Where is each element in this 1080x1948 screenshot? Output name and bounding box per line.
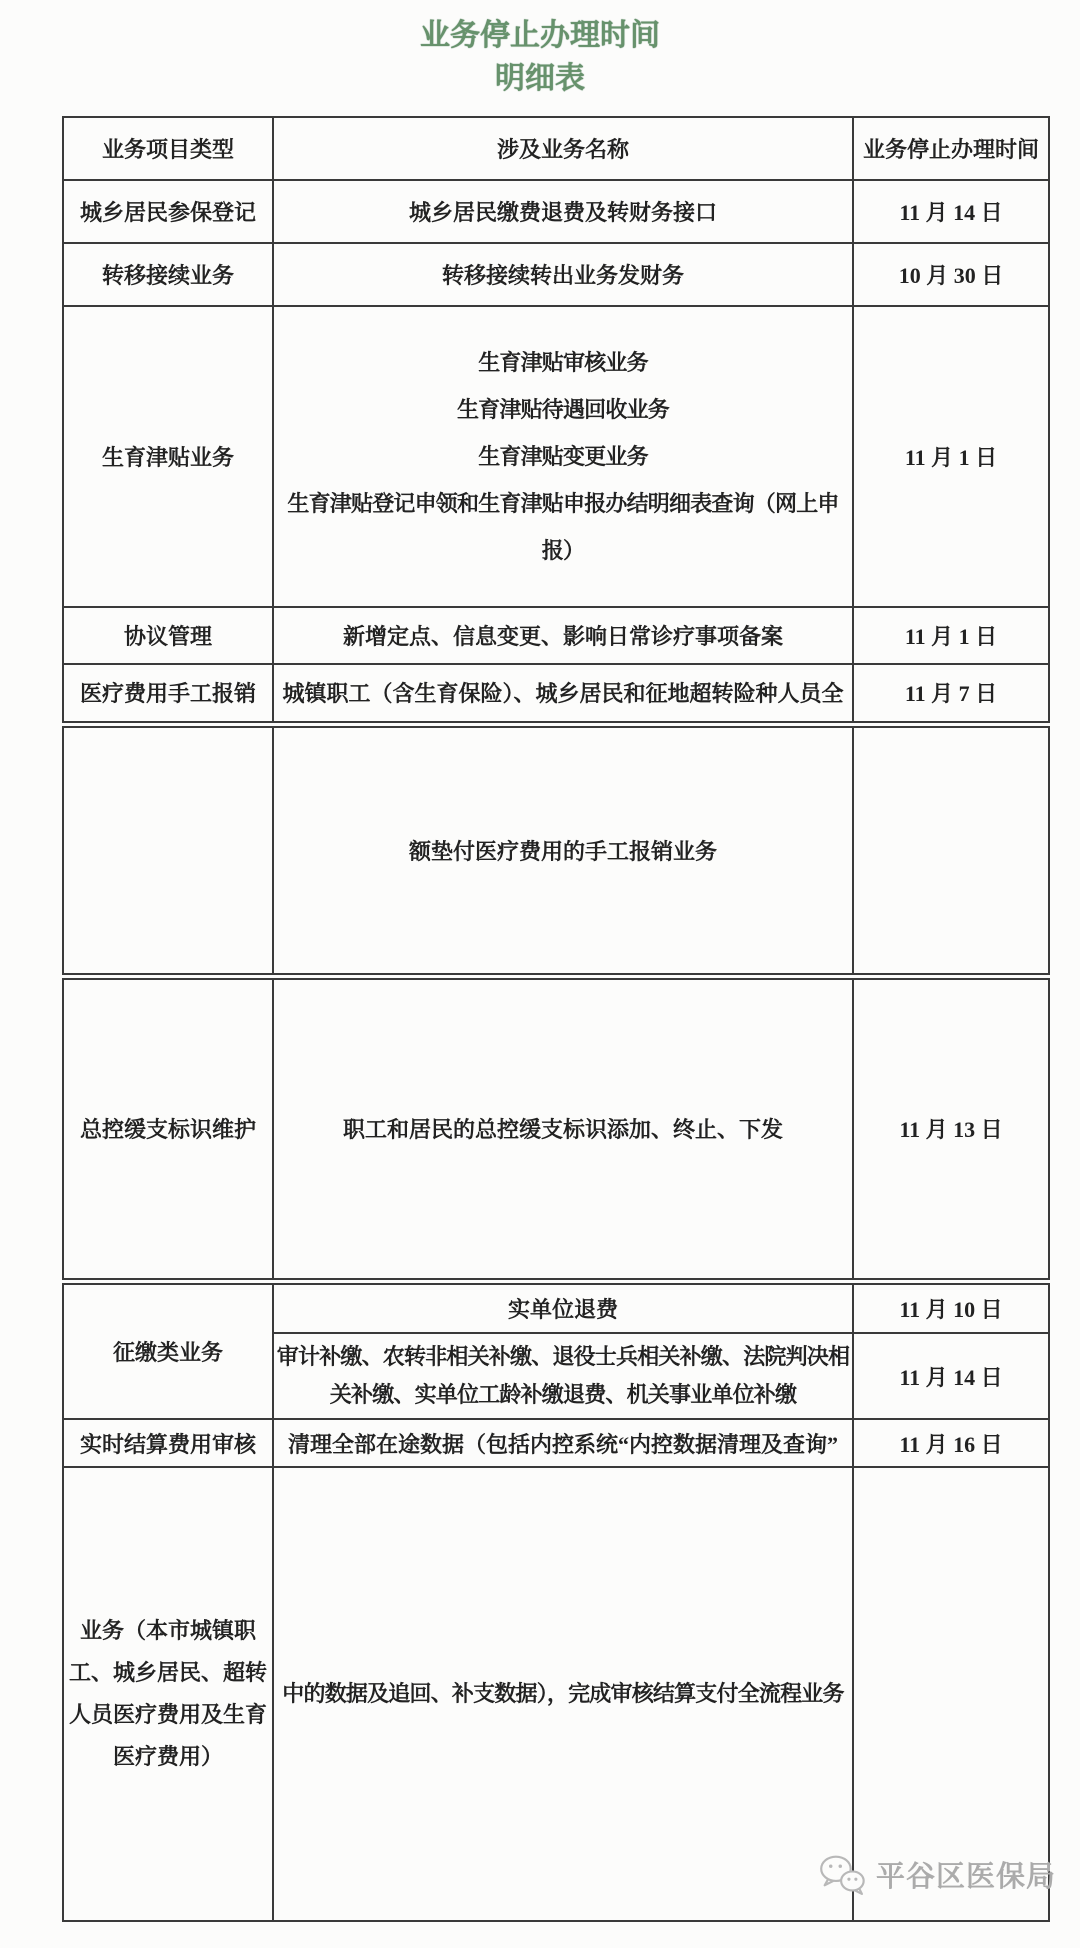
table-row: 协议管理 新增定点、信息变更、影响日常诊疗事项备案 11 月 1 日 bbox=[63, 607, 1049, 664]
table-row: 征缴类业务 实单位退费 11 月 10 日 bbox=[63, 1281, 1049, 1333]
wechat-logo-icon bbox=[816, 1852, 868, 1896]
cell-business: 审计补缴、农转非相关补缴、退役士兵相关补缴、法院判决相关补缴、实单位工龄补缴退费… bbox=[273, 1333, 853, 1419]
document-page: 业务停止办理时间 明细表 业务项目类型 涉及业务名称 业务停止办理时间 城乡居民… bbox=[0, 0, 1080, 1948]
cell-business: 城镇职工（含生育保险）、城乡居民和征地超转险种人员全 bbox=[273, 664, 853, 724]
cell-deadline: 11 月 14 日 bbox=[853, 180, 1049, 243]
page-title-line2: 明细表 bbox=[0, 57, 1080, 100]
cell-type: 转移接续业务 bbox=[63, 243, 273, 306]
cell-type: 业务（本市城镇职工、城乡居民、超转人员医疗费用及生育医疗费用） bbox=[63, 1467, 273, 1921]
business-line: 生育津贴变更业务 bbox=[274, 433, 852, 480]
header-stop-time: 业务停止办理时间 bbox=[853, 117, 1049, 180]
table-row: 生育津贴业务 生育津贴审核业务 生育津贴待遇回收业务 生育津贴变更业务 生育津贴… bbox=[63, 306, 1049, 607]
cell-type: 协议管理 bbox=[63, 607, 273, 664]
table-row: 城乡居民参保登记 城乡居民缴费退费及转财务接口 11 月 14 日 bbox=[63, 180, 1049, 243]
business-line: 生育津贴登记申领和生育津贴申报办结明细表查询（网上申报） bbox=[274, 480, 852, 574]
watermark-label: 平谷区医保局 bbox=[876, 1854, 1056, 1895]
header-business-type: 业务项目类型 bbox=[63, 117, 273, 180]
cell-deadline: 11 月 10 日 bbox=[853, 1281, 1049, 1333]
page-title-line1: 业务停止办理时间 bbox=[0, 14, 1080, 57]
cell-deadline: 10 月 30 日 bbox=[853, 243, 1049, 306]
cell-business: 转移接续转出业务发财务 bbox=[273, 243, 853, 306]
cell-type-empty bbox=[63, 724, 273, 976]
business-line: 生育津贴待遇回收业务 bbox=[274, 386, 852, 433]
cell-business: 中的数据及追回、补支数据），完成审核结算支付全流程业务 bbox=[273, 1467, 853, 1921]
cell-type: 总控缓支标识维护 bbox=[63, 976, 273, 1281]
cell-deadline-empty bbox=[853, 724, 1049, 976]
cell-deadline: 11 月 16 日 bbox=[853, 1419, 1049, 1467]
cell-deadline: 11 月 1 日 bbox=[853, 607, 1049, 664]
cell-deadline: 11 月 14 日 bbox=[853, 1333, 1049, 1419]
cell-deadline: 11 月 1 日 bbox=[853, 306, 1049, 607]
cell-type: 征缴类业务 bbox=[63, 1281, 273, 1419]
cell-business: 新增定点、信息变更、影响日常诊疗事项备案 bbox=[273, 607, 853, 664]
business-stop-schedule-table: 业务项目类型 涉及业务名称 业务停止办理时间 城乡居民参保登记 城乡居民缴费退费… bbox=[62, 116, 1050, 1922]
cell-business: 实单位退费 bbox=[273, 1281, 853, 1333]
cell-business: 城乡居民缴费退费及转财务接口 bbox=[273, 180, 853, 243]
cell-type: 生育津贴业务 bbox=[63, 306, 273, 607]
table-row: 医疗费用手工报销 城镇职工（含生育保险）、城乡居民和征地超转险种人员全 11 月… bbox=[63, 664, 1049, 724]
cell-business: 职工和居民的总控缓支标识添加、终止、下发 bbox=[273, 976, 853, 1281]
cell-deadline: 11 月 7 日 bbox=[853, 664, 1049, 724]
cell-business: 清理全部在途数据（包括内控系统“内控数据清理及查询” bbox=[273, 1419, 853, 1467]
cell-type: 实时结算费用审核 bbox=[63, 1419, 273, 1467]
table-header-row: 业务项目类型 涉及业务名称 业务停止办理时间 bbox=[63, 117, 1049, 180]
cell-business: 额垫付医疗费用的手工报销业务 bbox=[273, 724, 853, 976]
cell-type: 医疗费用手工报销 bbox=[63, 664, 273, 724]
table-row: 额垫付医疗费用的手工报销业务 bbox=[63, 724, 1049, 976]
watermark: 平谷区医保局 bbox=[816, 1852, 1056, 1896]
table-row: 转移接续业务 转移接续转出业务发财务 10 月 30 日 bbox=[63, 243, 1049, 306]
business-line: 生育津贴审核业务 bbox=[274, 339, 852, 386]
page-title: 业务停止办理时间 明细表 bbox=[0, 14, 1080, 100]
cell-business-list: 生育津贴审核业务 生育津贴待遇回收业务 生育津贴变更业务 生育津贴登记申领和生育… bbox=[273, 306, 853, 607]
header-business-name: 涉及业务名称 bbox=[273, 117, 853, 180]
cell-type: 城乡居民参保登记 bbox=[63, 180, 273, 243]
table-row: 总控缓支标识维护 职工和居民的总控缓支标识添加、终止、下发 11 月 13 日 bbox=[63, 976, 1049, 1281]
table-row: 实时结算费用审核 清理全部在途数据（包括内控系统“内控数据清理及查询” 11 月… bbox=[63, 1419, 1049, 1467]
cell-deadline: 11 月 13 日 bbox=[853, 976, 1049, 1281]
